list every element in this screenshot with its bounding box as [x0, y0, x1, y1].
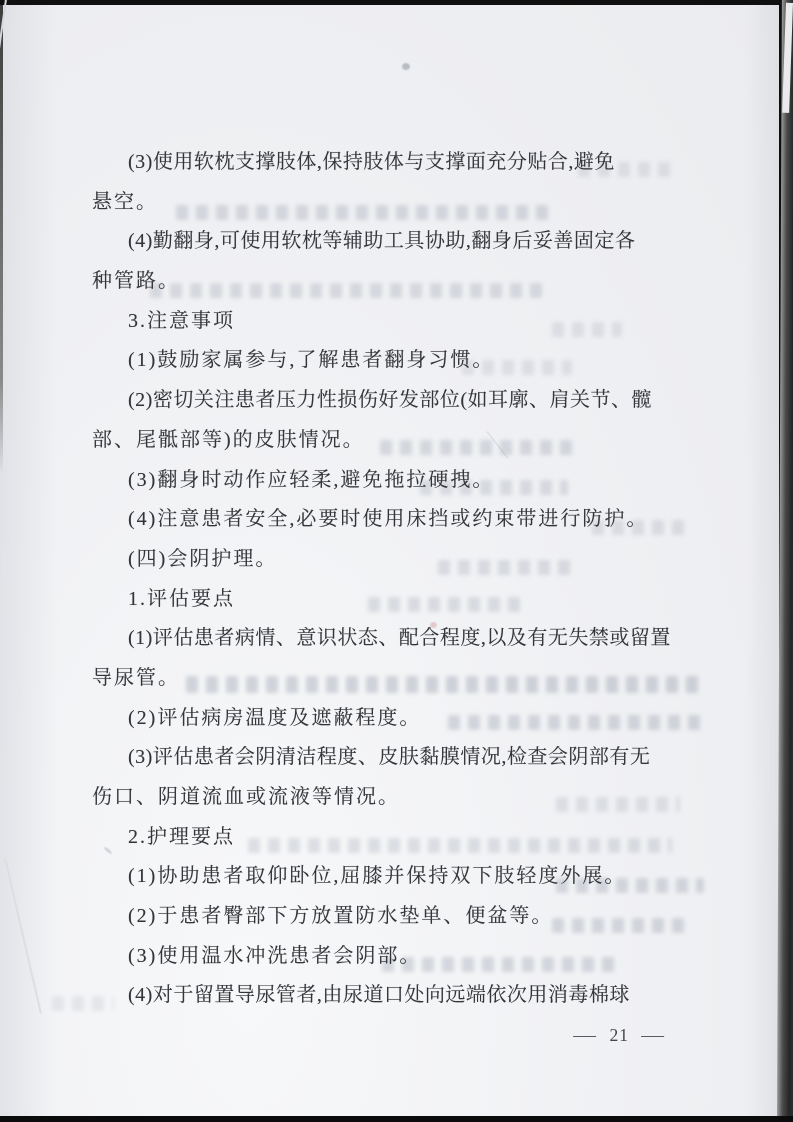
section-heading: 3.注意事项: [92, 302, 708, 342]
text-line: 导尿管。: [92, 659, 708, 699]
text-line: (4)注意患者安全,必要时使用床挡或约束带进行防护。: [92, 500, 708, 540]
text-line: 悬空。: [92, 183, 708, 223]
section-heading: (四)会阴护理。: [92, 540, 708, 580]
scan-edge-top: [0, 0, 793, 5]
scan-edge-right: [777, 0, 793, 1122]
text-line: (2)于患者臀部下方放置防水垫单、便盆等。: [92, 897, 708, 937]
text-line: 伤口、阴道流血或流液等情况。: [92, 778, 708, 818]
page-number-value: 21: [610, 1025, 630, 1046]
page-number: — 21 —: [576, 1020, 663, 1050]
text-line: (1)协助患者取仰卧位,屈膝并保持双下肢轻度外展。: [92, 857, 708, 897]
text-line: (3)使用温水冲洗患者会阴部。: [92, 937, 708, 977]
section-heading: 1.评估要点: [92, 580, 708, 620]
text-line: 部、尾骶部等)的皮肤情况。: [92, 421, 708, 461]
paper-speck: [402, 63, 410, 70]
text-line: 种管路。: [92, 262, 708, 302]
text-line: (2)评估病房温度及遮蔽程度。: [92, 699, 708, 739]
document-text-block: (3)使用软枕支撑肢体,保持肢体与支撑面充分贴合,避免 悬空。 (4)勤翻身,可…: [92, 143, 708, 1016]
page-number-dash: —: [573, 1025, 597, 1046]
text-line: (1)鼓励家属参与,了解患者翻身习惯。: [92, 341, 708, 381]
text-line: (3)评估患者会阴清洁程度、皮肤黏膜情况,检查会阴部有无: [92, 738, 708, 778]
text-line: (1)评估患者病情、意识状态、配合程度,以及有无失禁或留置: [92, 619, 708, 659]
text-line: (3)使用软枕支撑肢体,保持肢体与支撑面充分贴合,避免: [92, 143, 708, 183]
text-line: (4)对于留置导尿管者,由尿道口处向远端依次用消毒棉球: [92, 976, 708, 1016]
scanned-document-screenshot: { "document": { "language": "zh-CN", "li…: [0, 0, 793, 1122]
section-heading: 2.护理要点: [92, 818, 708, 858]
text-line: (4)勤翻身,可使用软枕等辅助工具协助,翻身后妥善固定各: [92, 222, 708, 262]
scan-edge-bottom: [0, 1116, 793, 1122]
text-line: (2)密切关注患者压力性损伤好发部位(如耳廓、肩关节、髋: [92, 381, 708, 421]
scan-edge-left: [0, 5, 3, 475]
text-line: (3)翻身时动作应轻柔,避免拖拉硬拽。: [92, 461, 708, 501]
page-number-dash: —: [641, 1025, 665, 1046]
